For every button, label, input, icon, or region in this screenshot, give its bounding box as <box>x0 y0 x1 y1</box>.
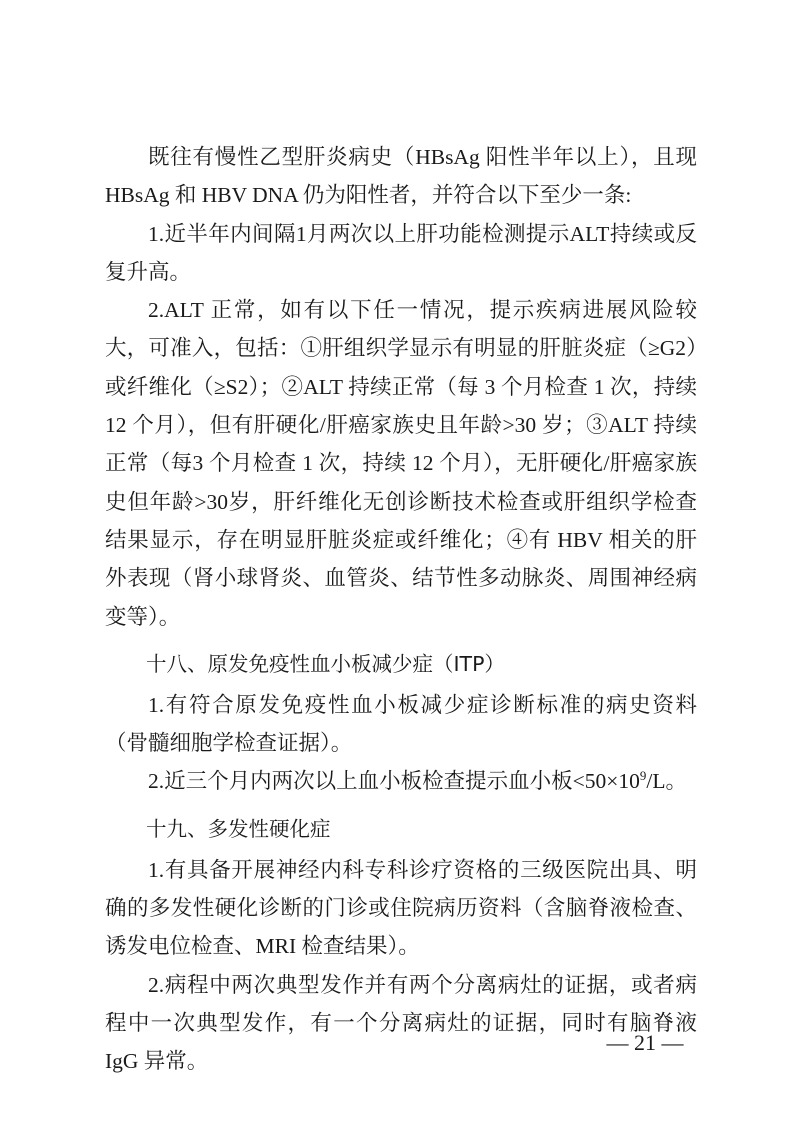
section-18-item-2-suffix: /L。 <box>646 769 687 793</box>
section-18-item-2: 2.近三个月内两次以上血小板检查提示血小板<50×109/L。 <box>105 762 697 800</box>
section-19-item-2: 2.病程中两次典型发作并有两个分离病灶的证据，或者病程中一次典型发作，有一个分离… <box>105 966 697 1081</box>
intro-paragraph: 既往有慢性乙型肝炎病史（HBsAg 阳性半年以上），且现HBsAg 和 HBV … <box>105 138 697 215</box>
criterion-1: 1.近半年内间隔1月两次以上肝功能检测提示ALT持续或反复升高。 <box>105 215 697 292</box>
page-number: — 21 — <box>590 1030 700 1056</box>
section-18-item-2-prefix: 2.近三个月内两次以上血小板检查提示血小板<50×10 <box>148 769 640 793</box>
section-19-item-1: 1.有具备开展神经内科专科诊疗资格的三级医院出具、明确的多发性硬化诊断的门诊或住… <box>105 851 697 966</box>
criterion-2: 2.ALT 正常，如有以下任一情况，提示疾病进展风险较大，可准入，包括：①肝组织… <box>105 291 697 636</box>
section-19-heading: 十九、多发性硬化症 <box>105 807 697 851</box>
section-18-item-1: 1.有符合原发免疫性血小板减少症诊断标准的病史资料（骨髓细胞学检查证据）。 <box>105 686 697 763</box>
section-18-heading: 十八、原发免疫性血小板减少症（ITP） <box>105 642 697 686</box>
document-page: 既往有慢性乙型肝炎病史（HBsAg 阳性半年以上），且现HBsAg 和 HBV … <box>105 138 697 1081</box>
